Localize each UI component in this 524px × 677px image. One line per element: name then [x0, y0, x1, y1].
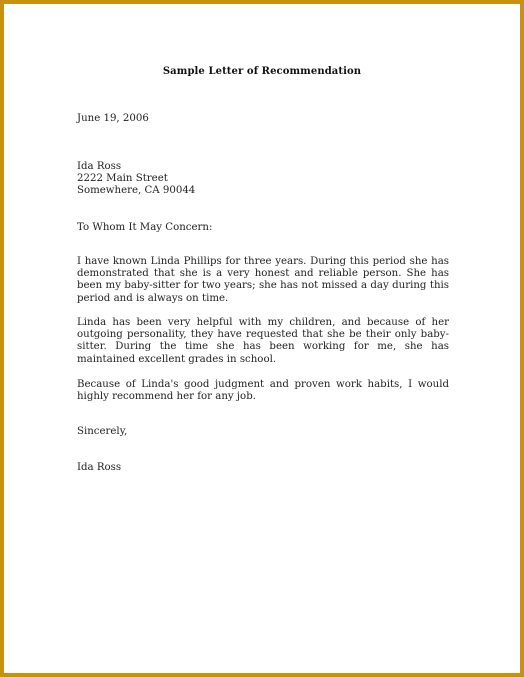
- salutation: To Whom It May Concern:: [77, 222, 449, 234]
- letter-title: Sample Letter of Recommendation: [4, 66, 520, 77]
- sender-name: Ida Ross: [77, 161, 449, 173]
- sender-street: 2222 Main Street: [77, 173, 449, 185]
- body-paragraph-1: I have known Linda Phillips for three ye…: [77, 256, 449, 305]
- letter-page: Sample Letter of Recommendation June 19,…: [0, 0, 524, 677]
- letter-date: June 19, 2006: [77, 113, 449, 125]
- sender-address: Ida Ross 2222 Main Street Somewhere, CA …: [77, 161, 449, 198]
- signature: Ida Ross: [77, 462, 449, 474]
- body-paragraph-3: Because of Linda's good judgment and pro…: [77, 379, 449, 403]
- body-paragraph-2: Linda has been very helpful with my chil…: [77, 317, 449, 366]
- sender-city: Somewhere, CA 90044: [77, 185, 449, 197]
- closing: Sincerely,: [77, 426, 449, 438]
